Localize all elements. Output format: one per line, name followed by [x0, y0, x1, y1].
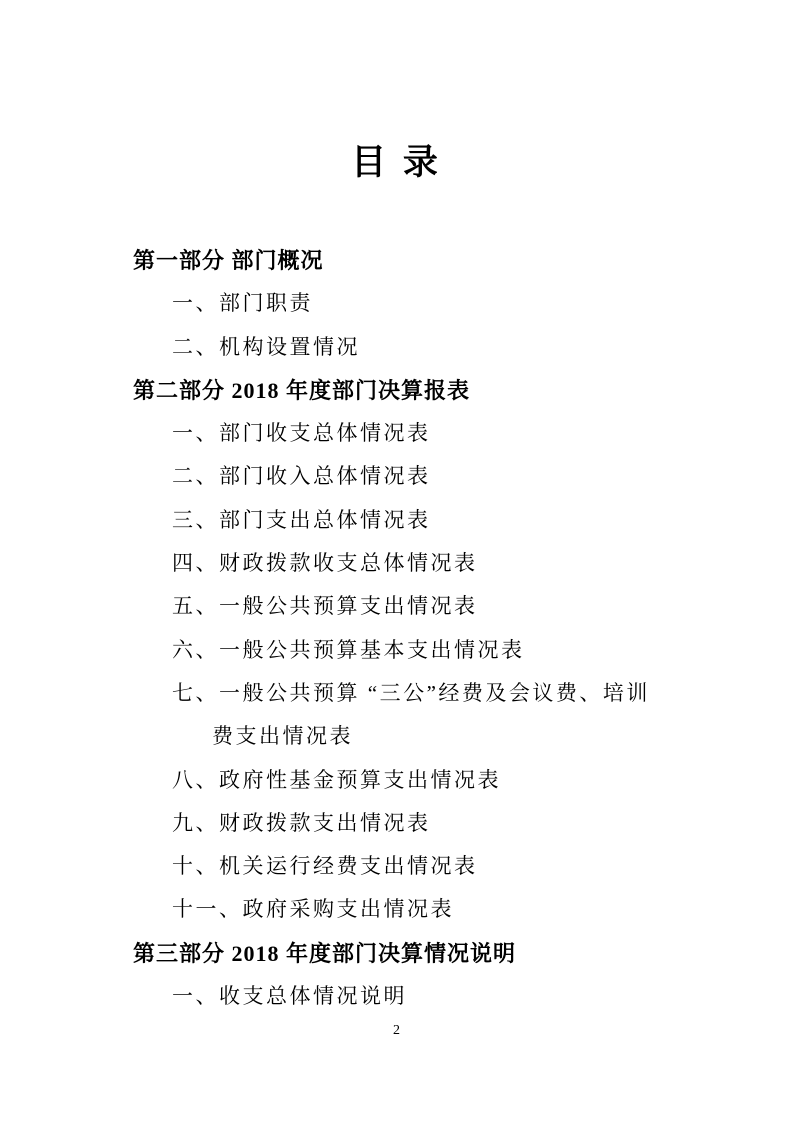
toc-entry: 六、一般公共预算基本支出情况表: [172, 629, 793, 672]
toc-entry: 九、财政拨款支出情况表: [172, 802, 793, 845]
toc-entry: 五、一般公共预算支出情况表: [172, 585, 793, 628]
toc-section-heading-2: 第二部分 2018 年度部门决算报表: [133, 369, 793, 412]
toc-entry: 十、机关运行经费支出情况表: [172, 845, 793, 888]
table-of-contents: 第一部分 部门概况 一、部门职责 二、机构设置情况 第二部分 2018 年度部门…: [0, 239, 793, 1018]
toc-entry: 二、部门收入总体情况表: [172, 455, 793, 498]
page-number: 2: [0, 1022, 793, 1040]
toc-entry: 七、一般公共预算 “三公”经费及会议费、培训: [172, 672, 793, 715]
toc-entry: 一、部门职责: [172, 282, 793, 325]
toc-section-heading-3: 第三部分 2018 年度部门决算情况说明: [133, 932, 793, 975]
toc-entry-continuation: 费支出情况表: [212, 715, 793, 758]
toc-entry: 八、政府性基金预算支出情况表: [172, 759, 793, 802]
document-page: 目 录 第一部分 部门概况 一、部门职责 二、机构设置情况 第二部分 2018 …: [0, 0, 793, 1122]
toc-entry: 十一、政府采购支出情况表: [172, 888, 793, 931]
toc-entry: 四、财政拨款收支总体情况表: [172, 542, 793, 585]
toc-entry: 三、部门支出总体情况表: [172, 499, 793, 542]
page-title: 目 录: [0, 138, 793, 188]
toc-entry: 一、收支总体情况说明: [172, 975, 793, 1018]
toc-section-heading-1: 第一部分 部门概况: [133, 239, 793, 282]
toc-entry: 一、部门收支总体情况表: [172, 412, 793, 455]
toc-entry: 二、机构设置情况: [172, 326, 793, 369]
